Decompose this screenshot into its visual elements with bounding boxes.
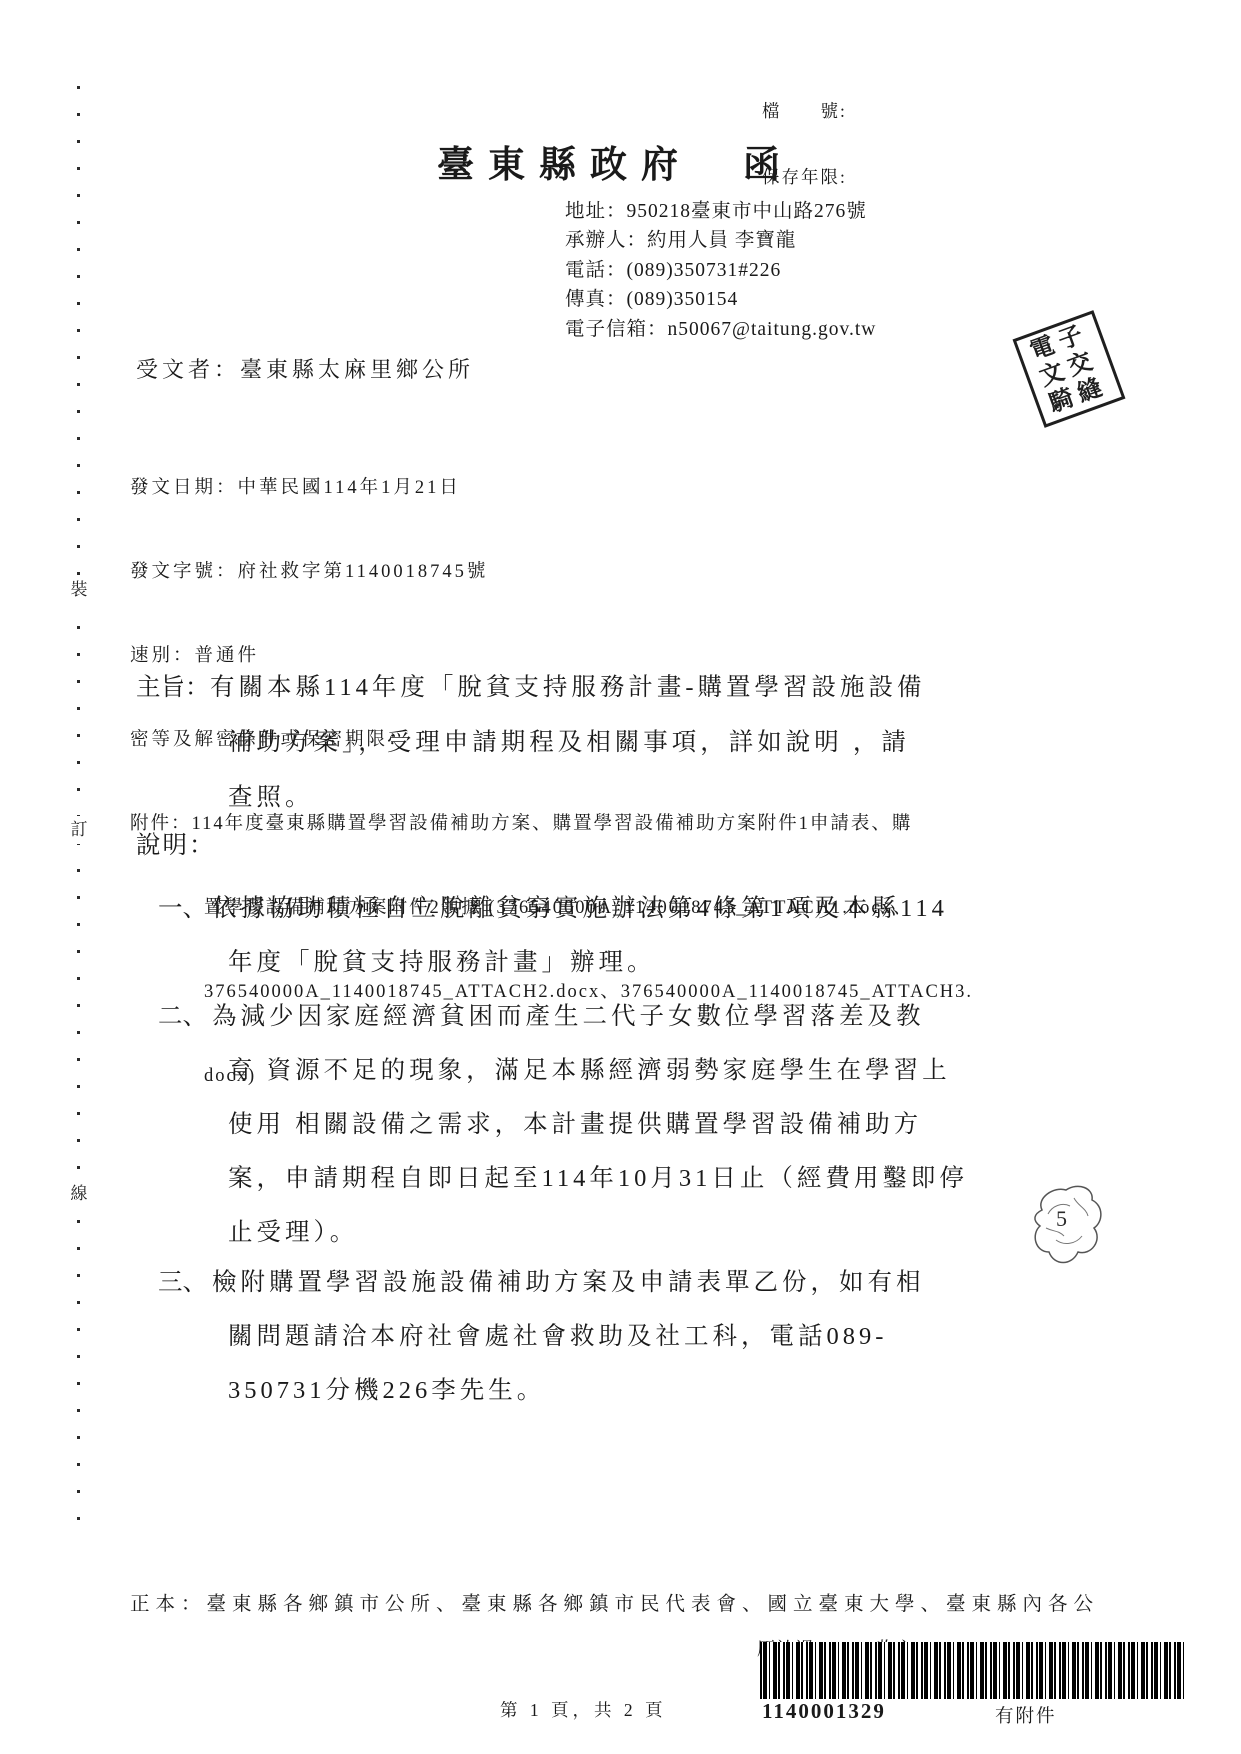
item-1-line-1: 一、依據協助積極自立脫離貧窮實施辦法第4條第1項及本縣114 — [158, 882, 948, 936]
document-title: 臺東縣政府 函 — [437, 134, 794, 188]
item-3-text-1: 檢附購置學習設施設備補助方案及申請表單乙份，如有相 — [212, 1269, 925, 1296]
item-2-line-3: 使用 相關設備之需求，本計畫提供購置學習設備補助方 — [158, 1098, 968, 1152]
item-2-text-1: 為減少因家庭經濟貧困而產生二代子女數位學習落差及教 — [212, 1003, 925, 1030]
subject-line-1: 主旨：有關本縣114年度「脫貧支持服務計畫-購置學習設施設備 — [136, 660, 926, 715]
page-seal-number: 5 — [1056, 1206, 1067, 1232]
explanation-heading: 說明： — [136, 826, 216, 861]
item-3-line-2: 關問題請洽本府社會處社會救助及社工科，電話089- — [158, 1310, 925, 1364]
item-2-line-1: 二、為減少因家庭經濟貧困而產生二代子女數位學習落差及教 — [158, 990, 968, 1044]
item-3-line-1: 三、檢附購置學習設施設備補助方案及申請表單乙份，如有相 — [158, 1256, 925, 1310]
attachment-flag: 有附件 — [995, 1702, 1057, 1728]
barcode — [760, 1642, 1186, 1699]
contact-person: 承辦人：約用人員 李寶龍 — [565, 226, 876, 255]
binding-mark-xian: 線 — [68, 1180, 90, 1208]
agency-contact-block: 地址：950218臺東市中山路276號 承辦人：約用人員 李寶龍 電話：(089… — [565, 197, 876, 344]
item-2-line-2: 育 資源不足的現象，滿足本縣經濟弱勢家庭學生在學習上 — [158, 1044, 968, 1098]
page-indicator: 第 1 頁，共 2 頁 — [500, 1697, 667, 1722]
subject-line-3: 查照。 — [136, 770, 926, 825]
copy-to-line: 正本：臺東縣各鄉鎮市公所、臺東縣各鄉鎮市民代表會、國立臺東大學、臺東縣內各公 — [130, 1588, 1099, 1616]
subject-block: 主旨：有關本縣114年度「脫貧支持服務計畫-購置學習設施設備 補助方案」，受理申… — [136, 660, 926, 825]
barcode-number: 1140001329 — [762, 1699, 886, 1724]
item-3-line-3: 350731分機226李先生。 — [158, 1364, 925, 1418]
crumpled-seal-icon — [1028, 1178, 1108, 1278]
document-page: 裝 訂 線 檔 號: 保存年限: 臺東縣政府 函 地址：950218臺東市中山路… — [0, 0, 1241, 1754]
issue-date-line: 發文日期：中華民國114年1月21日 — [130, 474, 973, 502]
recipient-line: 受文者：臺東縣太麻里鄉公所 — [136, 353, 474, 384]
binding-mark-ding: 訂 — [68, 816, 90, 844]
contact-email: 電子信箱：n50067@taitung.gov.tw — [565, 315, 876, 344]
item-2-line-4: 案，申請期程自即日起至114年10月31日止（經費用鑿即停 — [158, 1152, 968, 1206]
contact-phone: 電話：(089)350731#226 — [565, 256, 876, 285]
item-3-number: 三、 — [158, 1256, 212, 1310]
contact-address: 地址：950218臺東市中山路276號 — [565, 197, 876, 226]
contact-fax: 傳真：(089)350154 — [565, 285, 876, 314]
archive-number-label: 檔 號: — [762, 100, 847, 122]
electronic-exchange-stamp: 電子 文交 騎縫 — [1013, 310, 1126, 428]
item-1-line-2: 年度「脫貧支持服務計畫」辦理。 — [158, 936, 948, 990]
binding-dotted-line — [77, 86, 80, 1538]
subject-label: 主旨： — [136, 660, 210, 715]
subject-text-1: 有關本縣114年度「脫貧支持服務計畫-購置學習設施設備 — [210, 674, 926, 701]
explanation-item-2: 二、為減少因家庭經濟貧困而產生二代子女數位學習落差及教 育 資源不足的現象，滿足… — [158, 990, 968, 1260]
item-2-line-5: 止受理）。 — [158, 1206, 968, 1260]
binding-mark-zhuang: 裝 — [68, 576, 90, 604]
explanation-item-3: 三、檢附購置學習設施設備補助方案及申請表單乙份，如有相 關問題請洽本府社會處社會… — [158, 1256, 925, 1418]
item-2-number: 二、 — [158, 990, 212, 1044]
explanation-item-1: 一、依據協助積極自立脫離貧窮實施辦法第4條第1項及本縣114 年度「脫貧支持服務… — [158, 882, 948, 990]
doc-number-line: 發文字號：府社救字第1140018745號 — [130, 558, 973, 586]
item-1-number: 一、 — [158, 882, 212, 936]
subject-line-2: 補助方案」，受理申請期程及相關事項，詳如說明 ，請 — [136, 715, 926, 770]
item-1-text-1: 依據協助積極自立脫離貧窮實施辦法第4條第1項及本縣114 — [212, 895, 948, 922]
